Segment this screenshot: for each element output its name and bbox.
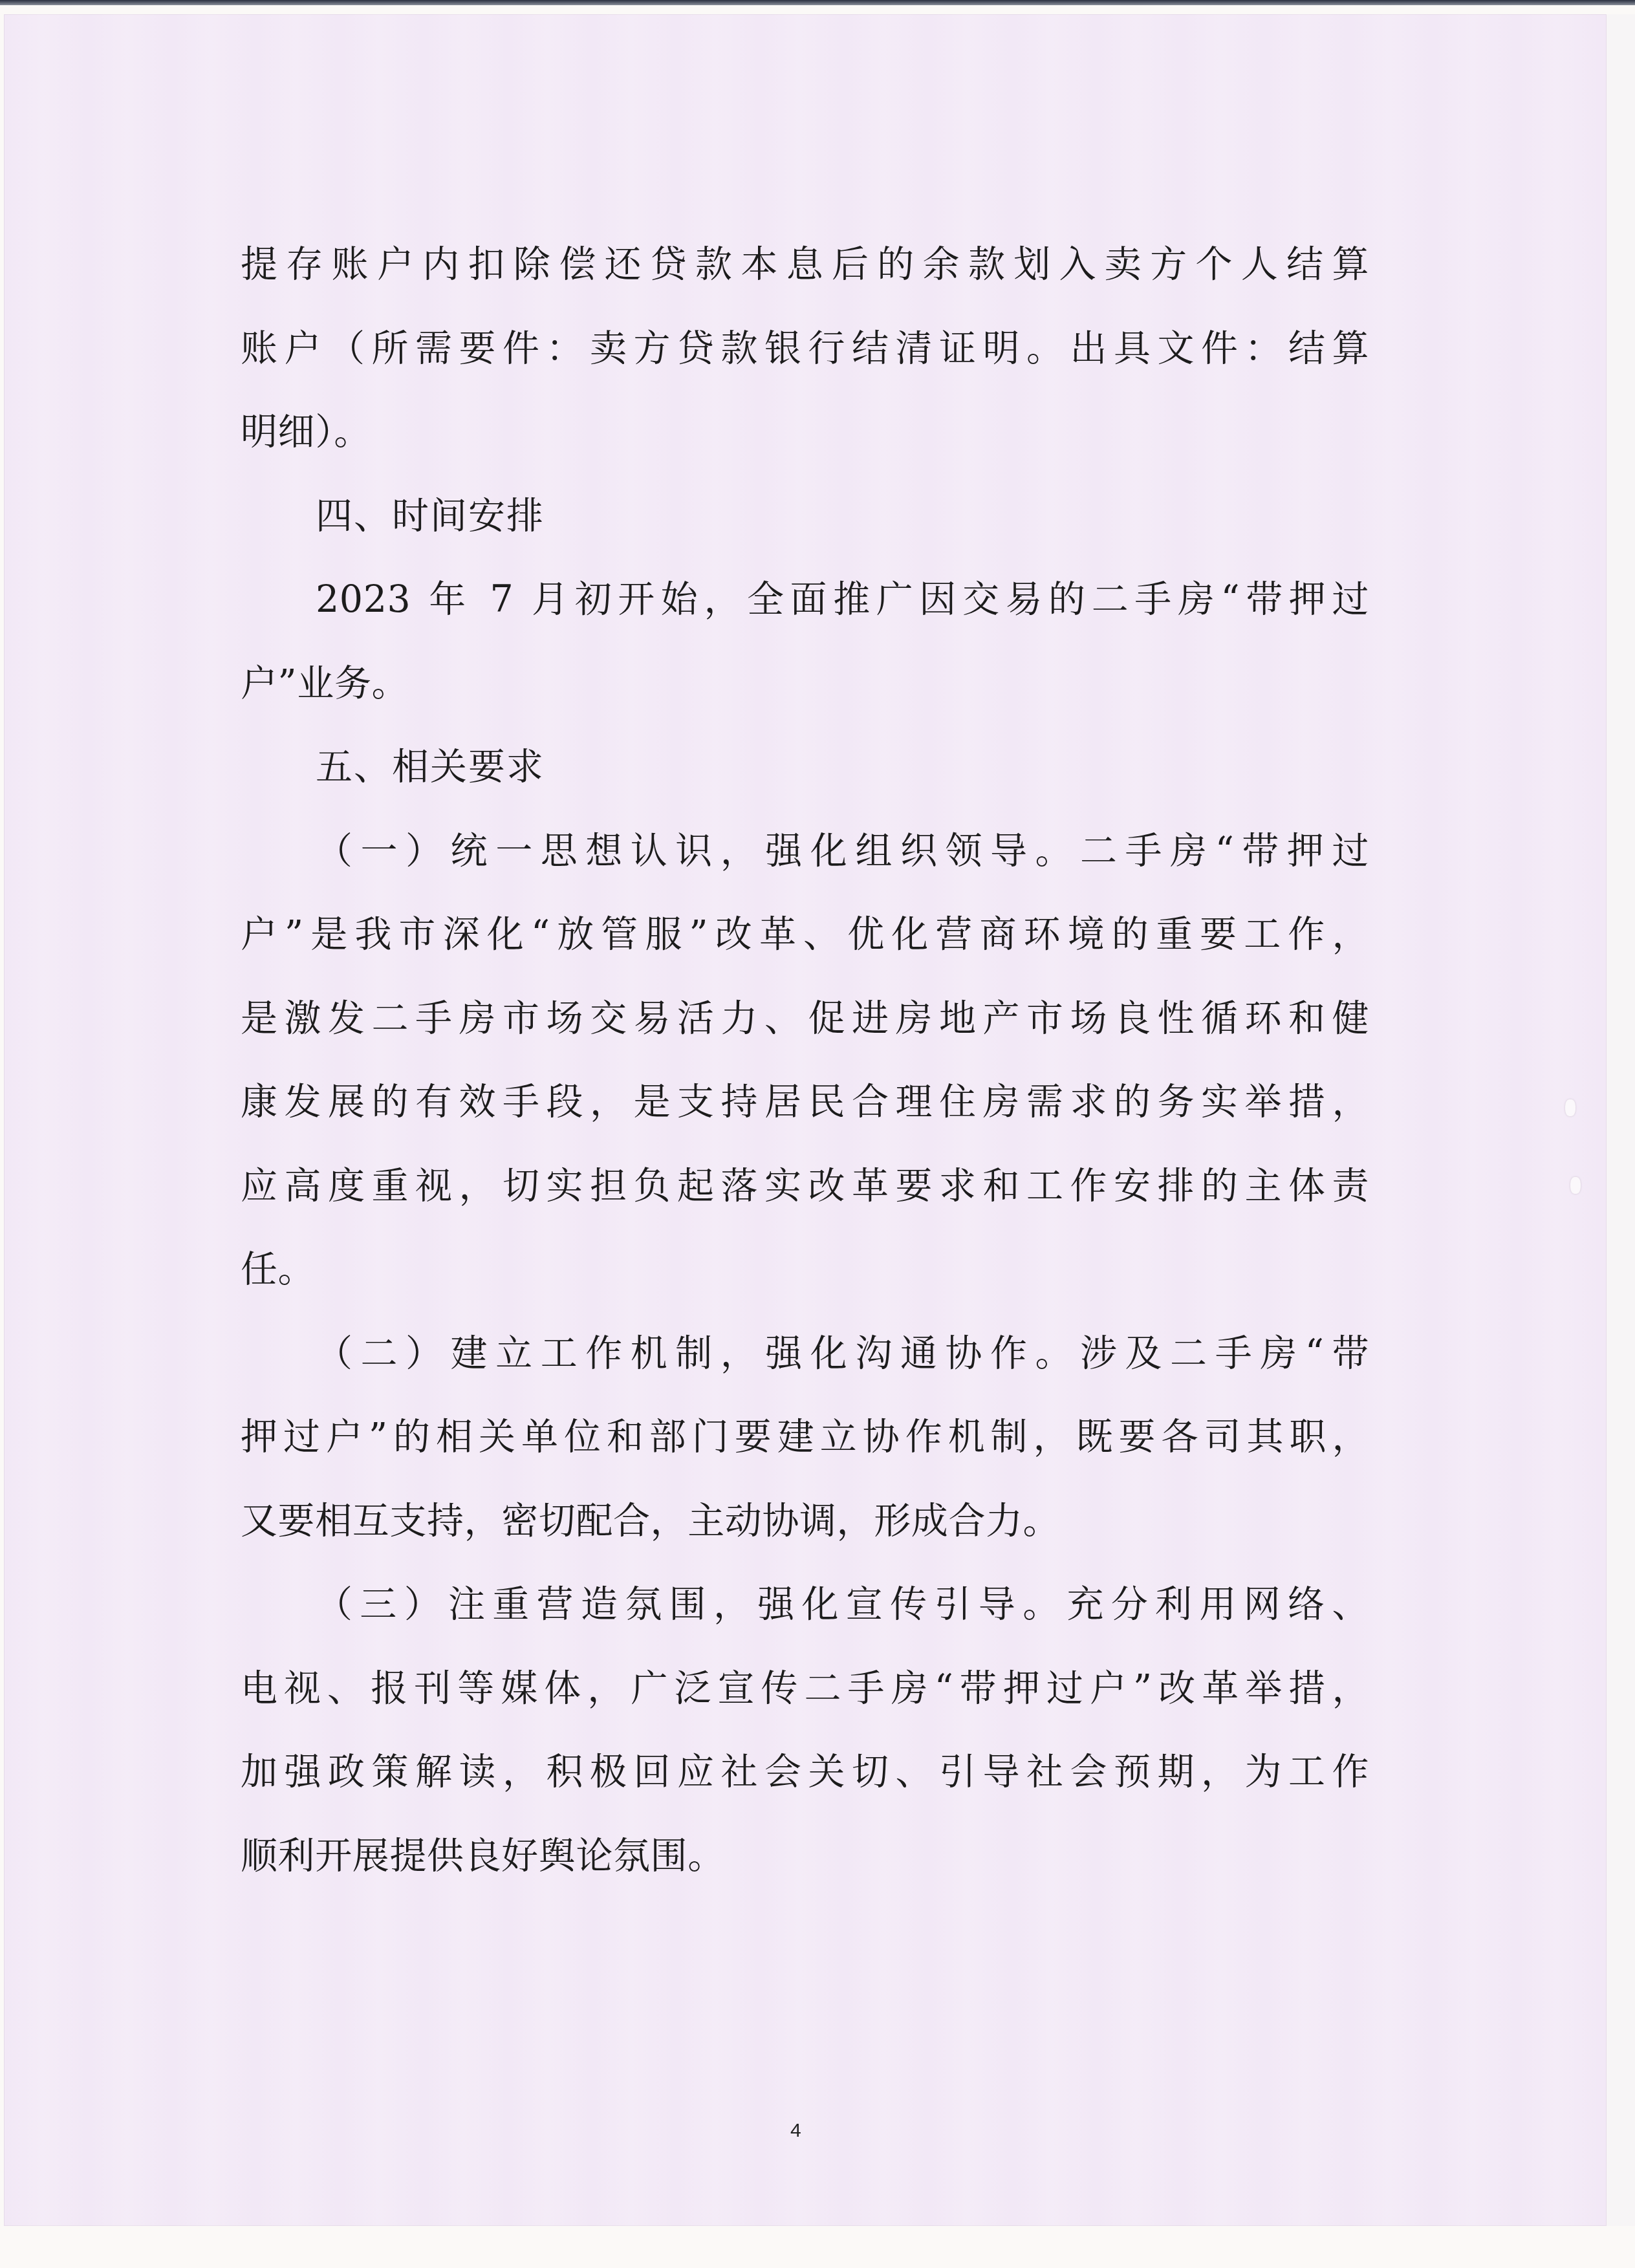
body-line: 提存账户内扣除偿还贷款本息后的余款划入卖方个人结算 xyxy=(241,223,1369,307)
body-line: 加强政策解读，积极回应社会关切、引导社会预期，为工作 xyxy=(241,1731,1369,1815)
body-line: 又要相互支持，密切配合，主动协调，形成合力。 xyxy=(241,1480,1369,1564)
section-heading-schedule: 四、时间安排 xyxy=(241,475,1369,559)
scanner-top-edge xyxy=(0,0,1635,5)
body-line: 明细）。 xyxy=(241,391,1369,475)
page-number: 4 xyxy=(790,2120,801,2142)
body-line: 应高度重视，切实担负起落实改革要求和工作安排的主体责 xyxy=(241,1145,1369,1229)
body-line: 账户（所需要件：卖方贷款银行结清证明。出具文件：结算 xyxy=(241,307,1369,391)
body-line: 电视、报刊等媒体，广泛宣传二手房“带押过户”改革举措， xyxy=(241,1647,1369,1731)
body-line: 任。 xyxy=(241,1228,1369,1312)
binding-hole-mark xyxy=(1570,1177,1581,1194)
scanner-right-margin xyxy=(1607,14,1635,2226)
binding-hole-mark xyxy=(1565,1099,1575,1116)
body-line: （三）注重营造氛围，强化宣传引导。充分利用网络、 xyxy=(241,1563,1369,1647)
body-line: 2023 年 7 月初开始，全面推广因交易的二手房“带押过 xyxy=(241,558,1369,642)
body-line: 押过户”的相关单位和部门要建立协作机制，既要各司其职， xyxy=(241,1396,1369,1480)
body-line: 户”业务。 xyxy=(241,642,1369,726)
section-heading-requirements: 五、相关要求 xyxy=(241,726,1369,810)
document-body: 提存账户内扣除偿还贷款本息后的余款划入卖方个人结算 账户（所需要件：卖方贷款银行… xyxy=(241,223,1369,1898)
body-line: 户”是我市深化“放管服”改革、优化营商环境的重要工作， xyxy=(241,893,1369,977)
body-line: （一）统一思想认识，强化组织领导。二手房“带押过 xyxy=(241,810,1369,894)
body-line: 顺利开展提供良好舆论氛围。 xyxy=(241,1815,1369,1899)
body-line: 是激发二手房市场交易活力、促进房地产市场良性循环和健 xyxy=(241,977,1369,1061)
body-line: （二）建立工作机制，强化沟通协作。涉及二手房“带 xyxy=(241,1312,1369,1396)
body-line: 康发展的有效手段，是支持居民合理住房需求的务实举措， xyxy=(241,1061,1369,1145)
